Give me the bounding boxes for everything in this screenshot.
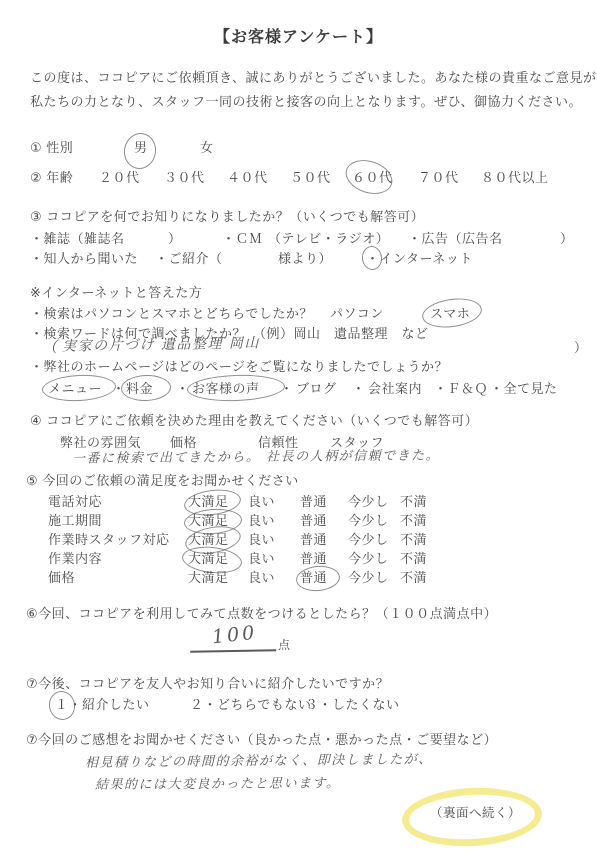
q2-option-70s: ７０代 [418, 170, 459, 186]
search-words-answer: 実家の片づけ 遺品整理 岡山 [62, 335, 260, 355]
pages-question: ・弊社のホームページはどのページをご覧になりましたでしょうか？ [30, 359, 448, 375]
q3-heading: ③ ココピアを何でお知りになりましたか？（いくつでも解答可） [30, 209, 424, 225]
q5-row-label: 施工期間 [48, 513, 102, 529]
survey-sheet: 【お客様アンケート】 この度は、ココピアにご依頼頂き、誠にありがとうございました… [0, 0, 597, 864]
q3-magazine-paren: ） [168, 231, 182, 247]
q5-row-label: 作業内容 [48, 551, 102, 567]
q5-option-daimanzoku: 大満足 [188, 494, 229, 510]
device-option-smartphone: スマホ [430, 306, 470, 322]
q5-option-imasukoshi: 今少し [348, 532, 389, 548]
q5-option-fuman: 不満 [400, 513, 427, 529]
continue-note: （裏面へ続く） [430, 806, 521, 821]
q4-option-trust: 信頼性 [258, 435, 299, 451]
q3-ad-paren: ） [560, 231, 574, 247]
q5-option-yoi: 良い [248, 513, 275, 529]
q1-option-female: 女 [200, 140, 214, 156]
page-option-menu: メニュー [48, 381, 102, 397]
q5-option-imasukoshi: 今少し [348, 494, 389, 510]
q6-unit: 点 [278, 638, 291, 652]
q5-option-futsuu: 普通 [300, 551, 327, 567]
q7a-option-recommend: １・紹介したい [55, 697, 150, 713]
separator-dot: ・ [112, 381, 126, 397]
q5-option-yoi: 良い [248, 532, 275, 548]
device-option-pc: パソコン [330, 306, 384, 322]
separator-dot: ・ [352, 381, 366, 397]
q3-option-referral: ・ご紹介（ [155, 251, 223, 267]
q7b-handwritten-line-1: 相見積りなどの時間的余裕がなく、即決しましたが、 [85, 752, 433, 771]
q5-option-daimanzoku: 大満足 [188, 570, 229, 586]
page-option-company: 会社案内 [368, 381, 422, 397]
q5-option-futsuu: 普通 [300, 513, 327, 529]
q5-option-yoi: 良い [248, 570, 275, 586]
search-words-paren-open: （ [42, 338, 59, 356]
q2-option-60s: ６０代 [352, 170, 393, 186]
q2-option-80s: ８０代以上 [481, 170, 549, 186]
q4-option-price: 価格 [170, 435, 197, 451]
q6-heading: ⑥今回、ココピアを利用してみて点数をつけるとしたら？（１００点満点中） [26, 606, 497, 622]
q5-option-imasukoshi: 今少し [348, 513, 389, 529]
q5-option-fuman: 不満 [400, 494, 427, 510]
q5-option-yoi: 良い [248, 551, 275, 567]
q5-row-label: 電話対応 [48, 494, 102, 510]
q7b-heading: ⑦今回のご感想をお聞かせください（良かった点・悪かった点・ご要望など） [26, 732, 497, 748]
q5-row-label: 作業時スタッフ対応 [48, 532, 170, 548]
page-option-all: ・全て見た [490, 381, 558, 397]
q5-option-daimanzoku: 大満足 [188, 551, 229, 567]
q5-option-futsuu: 普通 [300, 570, 327, 586]
q2-option-20s: ２０代 [99, 170, 140, 186]
q5-option-futsuu: 普通 [300, 532, 327, 548]
q1-label: ① 性別 [30, 140, 73, 156]
page-option-faq: ・Ｆ＆Ｑ [434, 381, 488, 397]
q5-option-fuman: 不満 [400, 570, 427, 586]
q7a-option-neutral: ２・どちらでもない [190, 697, 311, 713]
search-words-paren-close: ） [574, 340, 588, 356]
page-option-blog: ブログ [296, 381, 337, 397]
q5-option-imasukoshi: 今少し [348, 570, 389, 586]
q4-heading: ④ ココピアにご依頼を決めた理由を教えてください（いくつでも解答可） [30, 413, 478, 429]
q5-option-fuman: 不満 [400, 532, 427, 548]
q5-option-imasukoshi: 今少し [348, 551, 389, 567]
q5-option-futsuu: 普通 [300, 494, 327, 510]
q3-cm-detail: （テレビ・ラジオ） [268, 231, 389, 247]
page-title: 【お客様アンケート】 [0, 28, 597, 47]
intro-line-1: この度は、ココピアにご依頼頂き、誠にありがとうございました。あなた様の貴重なご意… [30, 70, 597, 86]
device-question: ・検索はパソコンとスマホとどちらでしたか？ [30, 306, 313, 322]
q2-option-40s: ４０代 [227, 170, 268, 186]
q5-option-daimanzoku: 大満足 [188, 513, 229, 529]
score-underline [190, 627, 276, 652]
internet-note: ※インターネットと答えた方 [30, 285, 202, 301]
q2-option-50s: ５０代 [290, 170, 331, 186]
q4-option-atmosphere: 弊社の雰囲気 [60, 435, 141, 451]
q5-option-daimanzoku: 大満足 [188, 532, 229, 548]
q1-option-male: 男 [134, 140, 148, 156]
q7b-handwritten-line-2: 結果的には大変良かったと思います。 [95, 776, 341, 793]
q2-option-30s: ３０代 [164, 170, 205, 186]
intro-line-2: 私たちの力となり、スタッフ一同の技術と接客の向上となります。ぜひ、御協力ください… [30, 94, 582, 110]
q5-option-fuman: 不満 [400, 551, 427, 567]
q7a-heading: ⑦今後、ココピアを友人やお知り合いに紹介したいですか？ [26, 676, 389, 692]
page-option-voice: お客様の声 [192, 381, 260, 397]
q3-option-cm: ・ＣＭ [222, 231, 263, 247]
q5-heading: ⑤ 今回のご依頼の満足度をお聞かせください [26, 473, 299, 489]
q2-label: ② 年齢 [30, 170, 73, 186]
q5-row-label: 価格 [48, 570, 75, 586]
q5-option-yoi: 良い [248, 494, 275, 510]
q3-option-internet: ・インターネット [366, 251, 473, 267]
q3-option-friend: ・知人から聞いた [30, 251, 138, 267]
q4-handwritten-answer: 一番に検索で出てきたから。 社長の人柄が信頼できた。 [72, 448, 440, 467]
separator-dot: ・ [176, 381, 190, 397]
q7a-option-no: ３・したくない [305, 697, 400, 713]
page-option-price: 料金 [126, 381, 153, 397]
q3-option-magazine: ・雑誌（雑誌名 [30, 231, 125, 247]
q3-option-ad: ・広告（広告名 [408, 231, 503, 247]
separator-dot: ・ [280, 381, 294, 397]
q3-referral-end: 様より） [278, 251, 332, 267]
